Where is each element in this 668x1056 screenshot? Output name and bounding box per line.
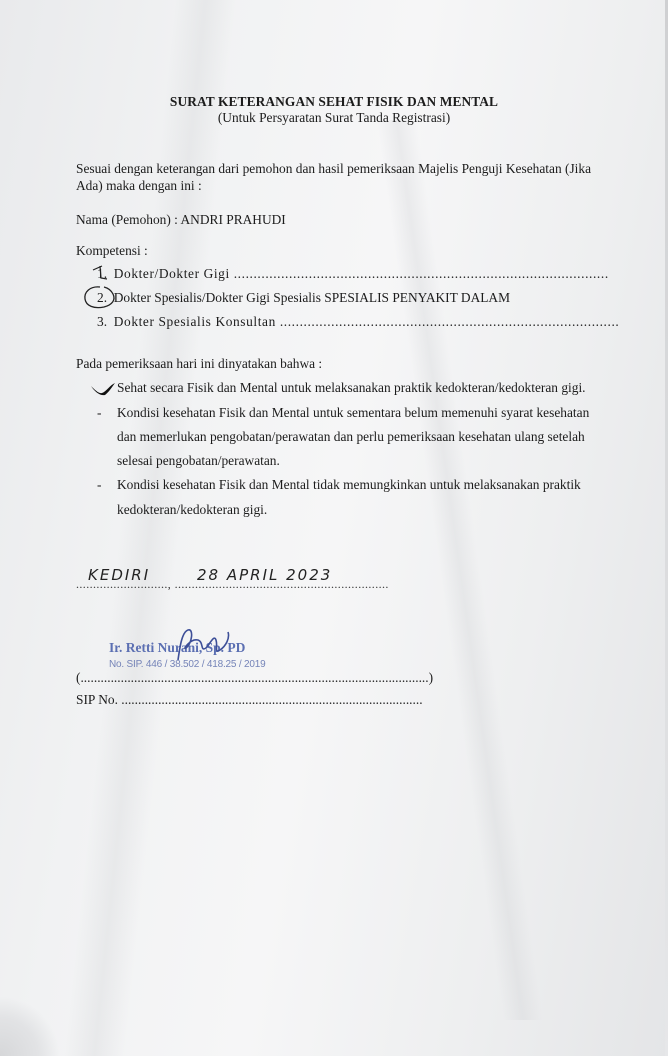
statement-3-line-2: kedokteran/kedokteran gigi. <box>117 502 267 518</box>
checkmark-icon <box>90 382 116 396</box>
kompetensi-label: Kompetensi : <box>76 243 148 259</box>
statement-3-line-1: Kondisi kesehatan Fisik dan Mental tidak… <box>117 477 581 493</box>
doctor-stamp-sip: No. SIP. 446 / 38.502 / 418.25 / 2019 <box>109 659 265 670</box>
item-number: 3. <box>97 314 107 329</box>
item-text: Dokter Spesialis Konsultan .............… <box>114 314 620 329</box>
intro-text-line-1: Sesuai dengan keterangan dari pemohon da… <box>76 161 591 177</box>
kompetensi-item-3: 3. Dokter Spesialis Konsultan ..........… <box>97 314 619 330</box>
strike-mark-icon <box>91 262 111 282</box>
folded-corner <box>0 996 60 1056</box>
hand-drawn-circle-icon <box>82 284 122 310</box>
bullet-dash: - <box>97 477 101 493</box>
item-text: Dokter/Dokter Gigi .....................… <box>114 266 609 281</box>
statement-2-line-3: selesai pengobatan/perawatan. <box>117 453 280 469</box>
statement-label: Pada pemeriksaan hari ini dinyatakan bah… <box>76 356 322 372</box>
sip-number-line: SIP No. ................................… <box>76 692 423 708</box>
statement-2-line-1: Kondisi kesehatan Fisik dan Mental untuk… <box>117 405 589 421</box>
item-text: Dokter Spesialis/Dokter Gigi Spesialis S… <box>114 290 510 305</box>
intro-text-line-2: Ada) maka dengan ini : <box>76 178 202 194</box>
kompetensi-item-2: 2. Dokter Spesialis/Dokter Gigi Spesiali… <box>97 290 510 306</box>
handwritten-date: 28 APRIL 2023 <box>197 566 332 584</box>
handwritten-city: KEDIRI <box>88 566 150 584</box>
paper-crease <box>377 120 543 1020</box>
kompetensi-item-1: 1. Dokter/Dokter Gigi ..................… <box>97 266 609 282</box>
statement-1-line-1: Sehat secara Fisik dan Mental untuk mela… <box>117 380 586 396</box>
document-subtitle: (Untuk Persyaratan Surat Tanda Registras… <box>0 110 668 126</box>
statement-2-line-2: dan memerlukan pengobatan/perawatan dan … <box>117 429 585 445</box>
signature-bracket-line: (.......................................… <box>76 670 433 686</box>
document-title: SURAT KETERANGAN SEHAT FISIK DAN MENTAL <box>0 94 668 110</box>
paper-crease <box>65 0 236 1056</box>
bullet-dash: - <box>97 405 101 421</box>
applicant-name-field: Nama (Pemohon) : ANDRI PRAHUDI <box>76 212 286 228</box>
